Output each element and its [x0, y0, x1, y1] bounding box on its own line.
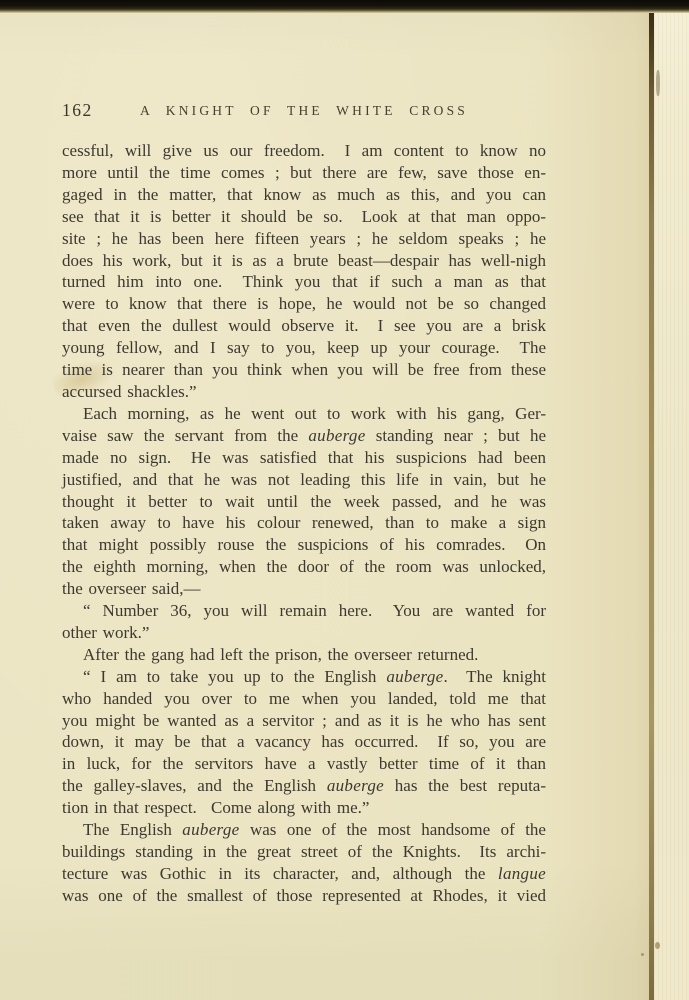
text-line: the overseer said,—: [62, 578, 546, 600]
text-line: was one of the smallest of those represe…: [62, 885, 546, 907]
text-line: The English auberge was one of the most …: [62, 819, 546, 841]
text-line: more until the time comes ; but there ar…: [62, 162, 546, 184]
text-line: that might possibly rouse the suspicions…: [62, 534, 546, 556]
text-line: the galley-slaves, and the English auber…: [62, 775, 546, 797]
text-line: see that it is better it should be so. L…: [62, 206, 546, 228]
text-line: cessful, will give us our freedom. I am …: [62, 140, 546, 162]
text-line: “ Number 36, you will remain here. You a…: [62, 600, 546, 622]
running-title: A KNIGHT OF THE WHITE CROSS: [62, 100, 546, 119]
text-line: thought it better to wait until the week…: [62, 491, 546, 513]
text-line: does his work, but it is as a brute beas…: [62, 250, 546, 272]
text-line: “ I am to take you up to the English aub…: [62, 666, 546, 688]
text-line: were to know that there is hope, he woul…: [62, 293, 546, 315]
paper-speck: [641, 953, 644, 956]
paper-speck: [656, 70, 660, 96]
text-line: tion in that respect. Come along with me…: [62, 797, 546, 819]
text-line: in luck, for the servitors have a vastly…: [62, 753, 546, 775]
text-line: justified, and that he was not leading t…: [62, 469, 546, 491]
text-line: turned him into one. Think you that if s…: [62, 271, 546, 293]
text-line: the eighth morning, when the door of the…: [62, 556, 546, 578]
paper-speck: [655, 942, 660, 949]
text-line: buildings standing in the great street o…: [62, 841, 546, 863]
text-line: that even the dullest would observe it. …: [62, 315, 546, 337]
text-line: you might be wanted as a servitor ; and …: [62, 710, 546, 732]
text-line: who handed you over to me when you lande…: [62, 688, 546, 710]
text-line: site ; he has been here fifteen years ; …: [62, 228, 546, 250]
page-crease: [649, 0, 654, 1000]
text-line: After the gang had left the prison, the …: [62, 644, 546, 666]
text-line: time is nearer than you think when you w…: [62, 359, 546, 381]
page-fore-edge: [654, 0, 689, 1000]
scan-top-edge: [0, 0, 689, 13]
text-line: gaged in the matter, that know as much a…: [62, 184, 546, 206]
page-number: 162: [62, 100, 93, 121]
page-body: cessful, will give us our freedom. I am …: [62, 140, 546, 907]
text-line: young fellow, and I say to you, keep up …: [62, 337, 546, 359]
text-line: tecture was Gothic in its character, and…: [62, 863, 546, 885]
page-header: 162 A KNIGHT OF THE WHITE CROSS: [62, 100, 546, 122]
book-page-scan: 162 A KNIGHT OF THE WHITE CROSS cessful,…: [0, 0, 689, 1000]
text-line: made no sign. He was satisfied that his …: [62, 447, 546, 469]
text-line: down, it may be that a vacancy has occur…: [62, 731, 546, 753]
text-line: taken away to have his colour renewed, t…: [62, 512, 546, 534]
text-line: accursed shackles.”: [62, 381, 546, 403]
text-line: other work.”: [62, 622, 546, 644]
text-line: Each morning, as he went out to work wit…: [62, 403, 546, 425]
text-line: vaise saw the servant from the auberge s…: [62, 425, 546, 447]
